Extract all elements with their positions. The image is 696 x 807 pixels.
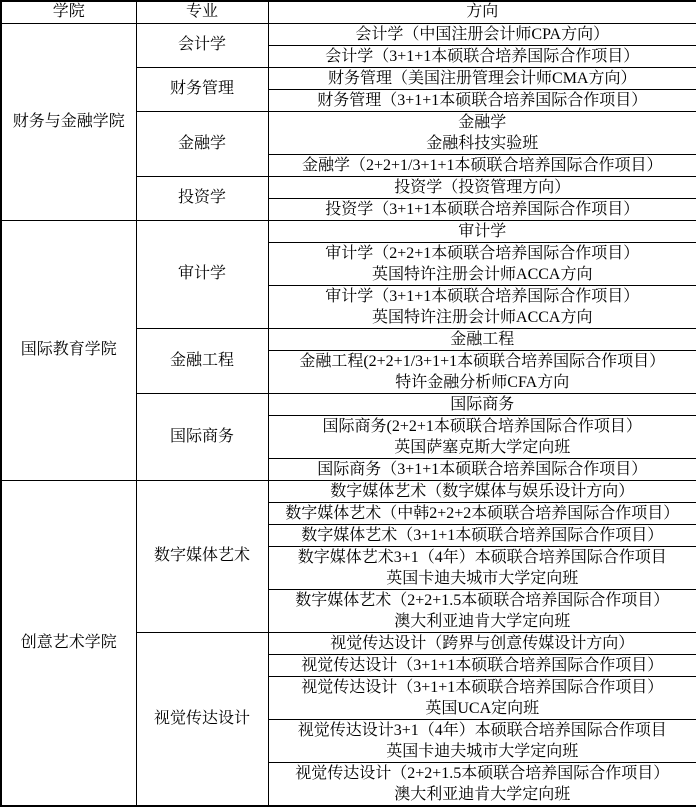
college-cell: 国际教育学院 [1, 220, 136, 480]
direction-cell: 财务管理（3+1+1本硕联合培养国际合作项目） [268, 89, 696, 111]
direction-line: 数字媒体艺术（数字媒体与娱乐设计方向） [269, 481, 696, 502]
direction-line: 数字媒体艺术3+1（4年）本硕联合培养国际合作项目 [269, 547, 696, 568]
major-cell: 数字媒体艺术 [136, 480, 268, 632]
direction-line: 特许金融分析师CFA方向 [269, 372, 696, 393]
direction-line: 视觉传达设计（跨界与创意传媒设计方向） [269, 633, 696, 654]
direction-cell: 视觉传达设计（2+2+1.5本硕联合培养国际合作项目） 澳大利亚迪肯大学定向班 [268, 762, 696, 806]
direction-line: 审计学 [269, 221, 696, 242]
direction-line: 财务管理（3+1+1本硕联合培养国际合作项目） [269, 90, 696, 111]
major-cell: 金融工程 [136, 328, 268, 393]
direction-line: 英国萨塞克斯大学定向班 [269, 437, 696, 458]
direction-cell: 数字媒体艺术3+1（4年）本硕联合培养国际合作项目 英国卡迪夫城市大学定向班 [268, 546, 696, 589]
direction-line: 国际商务 [269, 394, 696, 415]
direction-cell: 审计学（3+1+1本硕联合培养国际合作项目） 英国特许注册会计师ACCA方向 [268, 285, 696, 328]
direction-line: 数字媒体艺术（中韩2+2+2本硕联合培养国际合作项目） [269, 503, 696, 524]
direction-cell: 国际商务（3+1+1本硕联合培养国际合作项目） [268, 458, 696, 480]
programs-table: 学院 专业 方向 财务与金融学院 会计学 会计学（中国注册会计师CPA方向） 会… [0, 0, 696, 807]
direction-cell: 审计学 [268, 220, 696, 242]
direction-line: 视觉传达设计（2+2+1.5本硕联合培养国际合作项目） [269, 763, 696, 784]
direction-line: 国际商务（3+1+1本硕联合培养国际合作项目） [269, 459, 696, 480]
major-cell: 审计学 [136, 220, 268, 328]
major-cell: 国际商务 [136, 393, 268, 480]
college-cell: 财务与金融学院 [1, 23, 136, 220]
direction-line: 投资学（投资管理方向） [269, 177, 696, 198]
direction-line: 金融科技实验班 [269, 133, 696, 154]
direction-cell: 视觉传达设计（3+1+1本硕联合培养国际合作项目） 英国UCA定向班 [268, 676, 696, 719]
direction-cell: 投资学（3+1+1本硕联合培养国际合作项目） [268, 198, 696, 220]
major-cell: 投资学 [136, 176, 268, 220]
major-cell: 财务管理 [136, 67, 268, 111]
direction-line: 数字媒体艺术（2+2+1.5本硕联合培养国际合作项目） [269, 590, 696, 611]
major-cell: 视觉传达设计 [136, 632, 268, 806]
direction-line: 金融工程(2+2+1/3+1+1本硕联合培养国际合作项目） [269, 351, 696, 372]
direction-line: 澳大利亚迪肯大学定向班 [269, 611, 696, 632]
direction-cell: 视觉传达设计（跨界与创意传媒设计方向） [268, 632, 696, 654]
direction-line: 视觉传达设计3+1（4年）本硕联合培养国际合作项目 [269, 720, 696, 741]
direction-line: 英国卡迪夫城市大学定向班 [269, 741, 696, 762]
direction-cell: 会计学（3+1+1本硕联合培养国际合作项目） [268, 45, 696, 67]
direction-line: 审计学（2+2+1本硕联合培养国际合作项目） [269, 243, 696, 264]
direction-line: 英国卡迪夫城市大学定向班 [269, 568, 696, 589]
direction-line: 会计学（3+1+1本硕联合培养国际合作项目） [269, 46, 696, 67]
direction-line: 英国特许注册会计师ACCA方向 [269, 264, 696, 285]
direction-line: 英国UCA定向班 [269, 698, 696, 719]
direction-cell: 视觉传达设计3+1（4年）本硕联合培养国际合作项目 英国卡迪夫城市大学定向班 [268, 719, 696, 762]
direction-cell: 金融学（2+2+1/3+1+1本硕联合培养国际合作项目） [268, 154, 696, 176]
direction-line: 英国特许注册会计师ACCA方向 [269, 307, 696, 328]
direction-line: 数字媒体艺术（3+1+1本硕联合培养国际合作项目） [269, 525, 696, 546]
direction-cell: 投资学（投资管理方向） [268, 176, 696, 198]
direction-cell: 数字媒体艺术（2+2+1.5本硕联合培养国际合作项目） 澳大利亚迪肯大学定向班 [268, 589, 696, 632]
direction-cell: 视觉传达设计（3+1+1本硕联合培养国际合作项目） [268, 654, 696, 676]
direction-cell: 数字媒体艺术（3+1+1本硕联合培养国际合作项目） [268, 524, 696, 546]
major-cell: 会计学 [136, 23, 268, 67]
direction-line: 会计学（中国注册会计师CPA方向） [269, 24, 696, 45]
header-college: 学院 [1, 1, 136, 23]
direction-cell: 财务管理（美国注册管理会计师CMA方向） [268, 67, 696, 89]
direction-cell: 金融工程(2+2+1/3+1+1本硕联合培养国际合作项目） 特许金融分析师CFA… [268, 350, 696, 393]
direction-cell: 审计学（2+2+1本硕联合培养国际合作项目） 英国特许注册会计师ACCA方向 [268, 242, 696, 285]
direction-cell: 国际商务 [268, 393, 696, 415]
direction-line: 投资学（3+1+1本硕联合培养国际合作项目） [269, 199, 696, 220]
direction-cell: 金融工程 [268, 328, 696, 350]
direction-line: 审计学（3+1+1本硕联合培养国际合作项目） [269, 286, 696, 307]
direction-line: 金融学（2+2+1/3+1+1本硕联合培养国际合作项目） [269, 155, 696, 176]
direction-line: 视觉传达设计（3+1+1本硕联合培养国际合作项目） [269, 655, 696, 676]
direction-cell: 金融学 金融科技实验班 [268, 111, 696, 154]
direction-cell: 数字媒体艺术（数字媒体与娱乐设计方向） [268, 480, 696, 502]
direction-line: 金融工程 [269, 329, 696, 350]
major-cell: 金融学 [136, 111, 268, 176]
direction-line: 视觉传达设计（3+1+1本硕联合培养国际合作项目） [269, 677, 696, 698]
header-major: 专业 [136, 1, 268, 23]
direction-cell: 数字媒体艺术（中韩2+2+2本硕联合培养国际合作项目） [268, 502, 696, 524]
direction-line: 财务管理（美国注册管理会计师CMA方向） [269, 68, 696, 89]
college-cell: 创意艺术学院 [1, 480, 136, 806]
direction-line: 金融学 [269, 112, 696, 133]
header-direction: 方向 [268, 1, 696, 23]
direction-cell: 会计学（中国注册会计师CPA方向） [268, 23, 696, 45]
direction-line: 澳大利亚迪肯大学定向班 [269, 784, 696, 805]
direction-cell: 国际商务(2+2+1本硕联合培养国际合作项目） 英国萨塞克斯大学定向班 [268, 415, 696, 458]
direction-line: 国际商务(2+2+1本硕联合培养国际合作项目） [269, 416, 696, 437]
